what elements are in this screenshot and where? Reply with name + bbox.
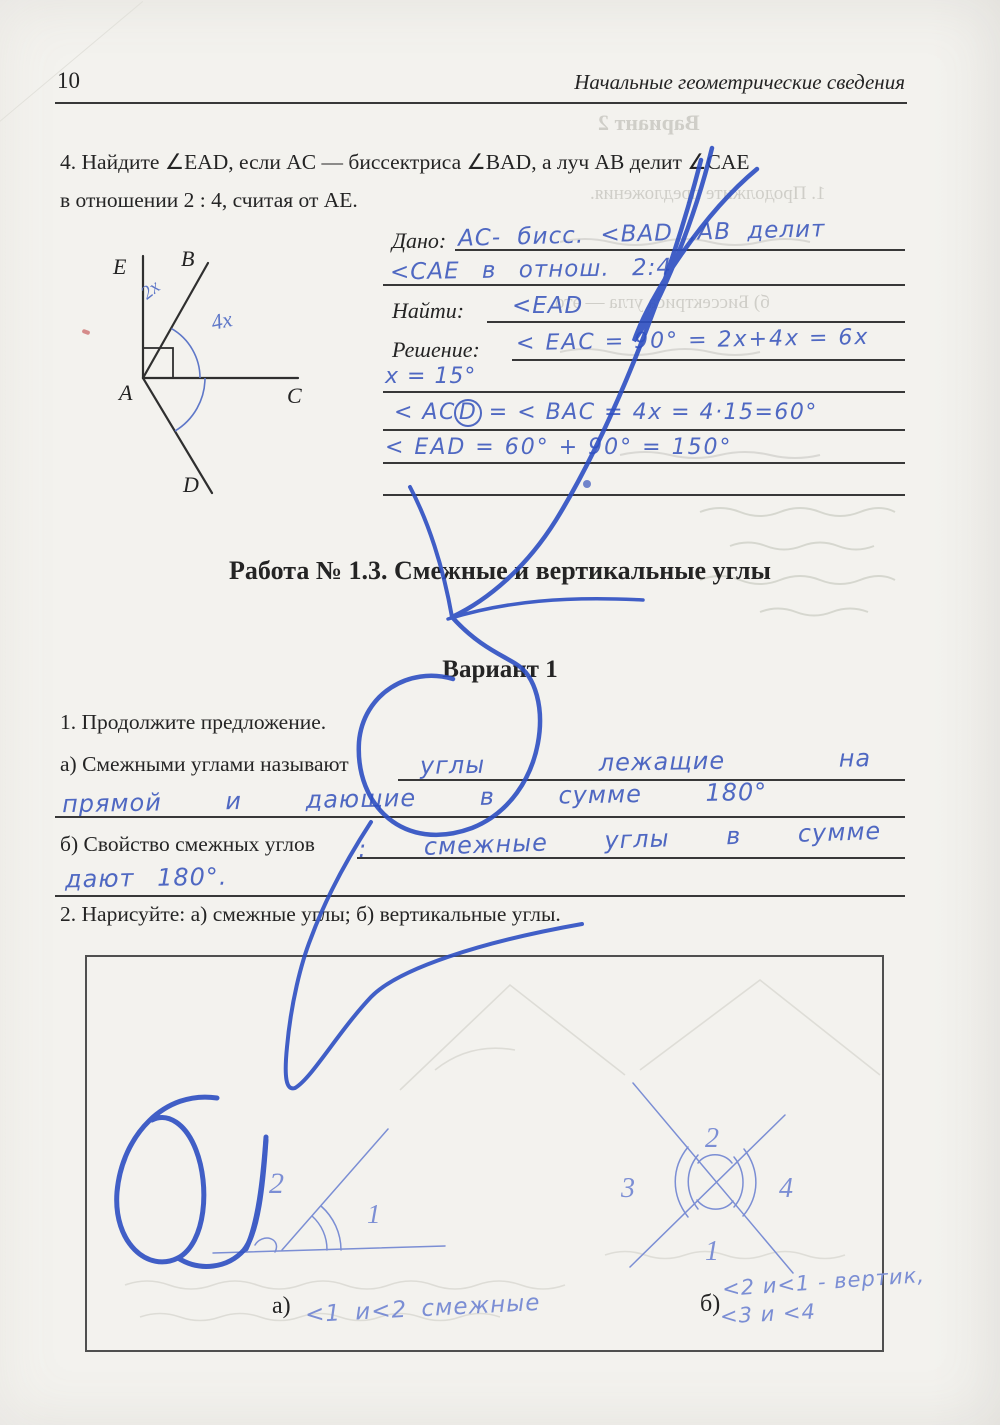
form-rule-3 bbox=[487, 321, 905, 323]
ghost-variant2-bleedthrough: Вариант 2 bbox=[598, 110, 700, 136]
hw-solution-line2: x = 15° bbox=[385, 364, 476, 389]
workbook-page: Вариант 2 1. Продолжите предложения. б) … bbox=[0, 0, 1000, 1425]
ghost-figure-arc bbox=[435, 1048, 515, 1070]
hw-naiti-answer: <EAD bbox=[512, 293, 583, 319]
problem2-text: 2. Нарисуйте: а) смежные углы; б) вертик… bbox=[60, 902, 561, 927]
ghost-figure-peak1 bbox=[400, 985, 625, 1090]
hw-answer-b-line2: дают 180°. bbox=[65, 863, 228, 894]
fig-a-caption-print: а) bbox=[272, 1293, 291, 1320]
running-header: Начальные геометрические сведения bbox=[574, 70, 905, 95]
fig-a-ray bbox=[282, 1129, 388, 1250]
problem4-line1: 4. Найдите ∠EAD, если AC — биссектриса ∠… bbox=[60, 150, 750, 175]
section-title: Работа № 1.3. Смежные и вертикальные угл… bbox=[0, 556, 1000, 586]
ghost-problem1-bleedthrough: 1. Продолжите предложения. bbox=[590, 183, 826, 205]
fig-a-angle1-label: 1 bbox=[367, 1199, 381, 1229]
hw-sol3-pre: < AC bbox=[394, 400, 456, 425]
header-rule bbox=[55, 102, 907, 104]
dano-label: Дано: bbox=[392, 228, 446, 254]
figure-label-D: D bbox=[182, 472, 199, 497]
naiti-label: Найти: bbox=[392, 298, 464, 324]
hw-sol3-post: = < BAC = 4x = 4·15=60° bbox=[480, 400, 818, 425]
figure-label-B: B bbox=[181, 246, 194, 271]
arc-CAD bbox=[175, 378, 205, 431]
figure-label-C: C bbox=[287, 383, 302, 408]
hw-angle-2x: 2x bbox=[137, 276, 165, 304]
form-rule-8 bbox=[383, 494, 905, 496]
fig-a-base-line bbox=[213, 1246, 445, 1253]
form-rule-4 bbox=[512, 359, 905, 361]
fig-a-arc-outer bbox=[312, 1216, 327, 1250]
problem1b-label: б) Свойство смежных углов bbox=[60, 832, 315, 857]
fig-a-arc-outer2 bbox=[321, 1206, 341, 1250]
fig-b-arc-top bbox=[698, 1155, 732, 1163]
problem4-line2: в отношении 2 : 4, считая от AE. bbox=[60, 188, 358, 213]
form-rule-7 bbox=[383, 462, 905, 464]
variant-title: Вариант 1 bbox=[0, 656, 1000, 684]
fig-b-angle3-label: 3 bbox=[620, 1173, 635, 1204]
arc-BAC bbox=[172, 329, 201, 378]
answer-rule-b2 bbox=[55, 895, 905, 897]
hw-solution-line3: < ACD = < BAC = 4x = 4·15=60° bbox=[394, 400, 818, 425]
form-rule-5 bbox=[383, 391, 905, 393]
fig-b-arc-bottom bbox=[697, 1200, 733, 1209]
fig-a-arc-loop bbox=[255, 1238, 276, 1252]
ghost-figure-peak2 bbox=[640, 980, 880, 1075]
form-rule-2 bbox=[383, 284, 905, 286]
fig-b-caption-print: б) bbox=[700, 1291, 720, 1318]
answer-rule-a2 bbox=[55, 816, 905, 818]
problem4-figure: E B A C D 2x 4x bbox=[95, 238, 325, 500]
hw-angle-4x: 4x bbox=[209, 306, 235, 335]
page-number: 10 bbox=[57, 68, 80, 94]
problem1a-label: а) Смежными углами называют bbox=[60, 752, 349, 777]
fig-b-angle4-label: 4 bbox=[779, 1173, 793, 1204]
hw-solution-line4: < EAD = 60° + 90° = 150° bbox=[385, 435, 733, 460]
fig-b-arc-left-outer bbox=[675, 1147, 688, 1217]
ghost-formula-row3 bbox=[605, 1252, 845, 1259]
form-rule-6 bbox=[383, 429, 905, 431]
ghost-bisector-bleedthrough: б) Биссектриса угла — это bbox=[555, 292, 770, 314]
hw-dano-line2: <CAE в отнош. 2:4 bbox=[390, 255, 672, 286]
reshenie-label: Решение: bbox=[392, 337, 480, 363]
figure-label-E: E bbox=[112, 254, 127, 279]
ray-AD bbox=[143, 378, 212, 493]
ghost-formula-row1 bbox=[125, 1281, 565, 1289]
figure-label-A: A bbox=[117, 380, 133, 405]
ink-dot bbox=[583, 480, 591, 488]
fig-b-arc-right-outer bbox=[743, 1149, 756, 1216]
hw-sol3-circled-letter: D bbox=[454, 399, 482, 427]
problem1-intro: 1. Продолжите предложение. bbox=[60, 710, 326, 735]
fig-b-angle1-label: 1 bbox=[705, 1236, 719, 1267]
fig-b-angle2-label: 2 bbox=[705, 1123, 719, 1154]
fig-a-angle2-label: 2 bbox=[269, 1167, 284, 1200]
fig-b-caption-hw2: <3 и <4 bbox=[719, 1300, 816, 1329]
